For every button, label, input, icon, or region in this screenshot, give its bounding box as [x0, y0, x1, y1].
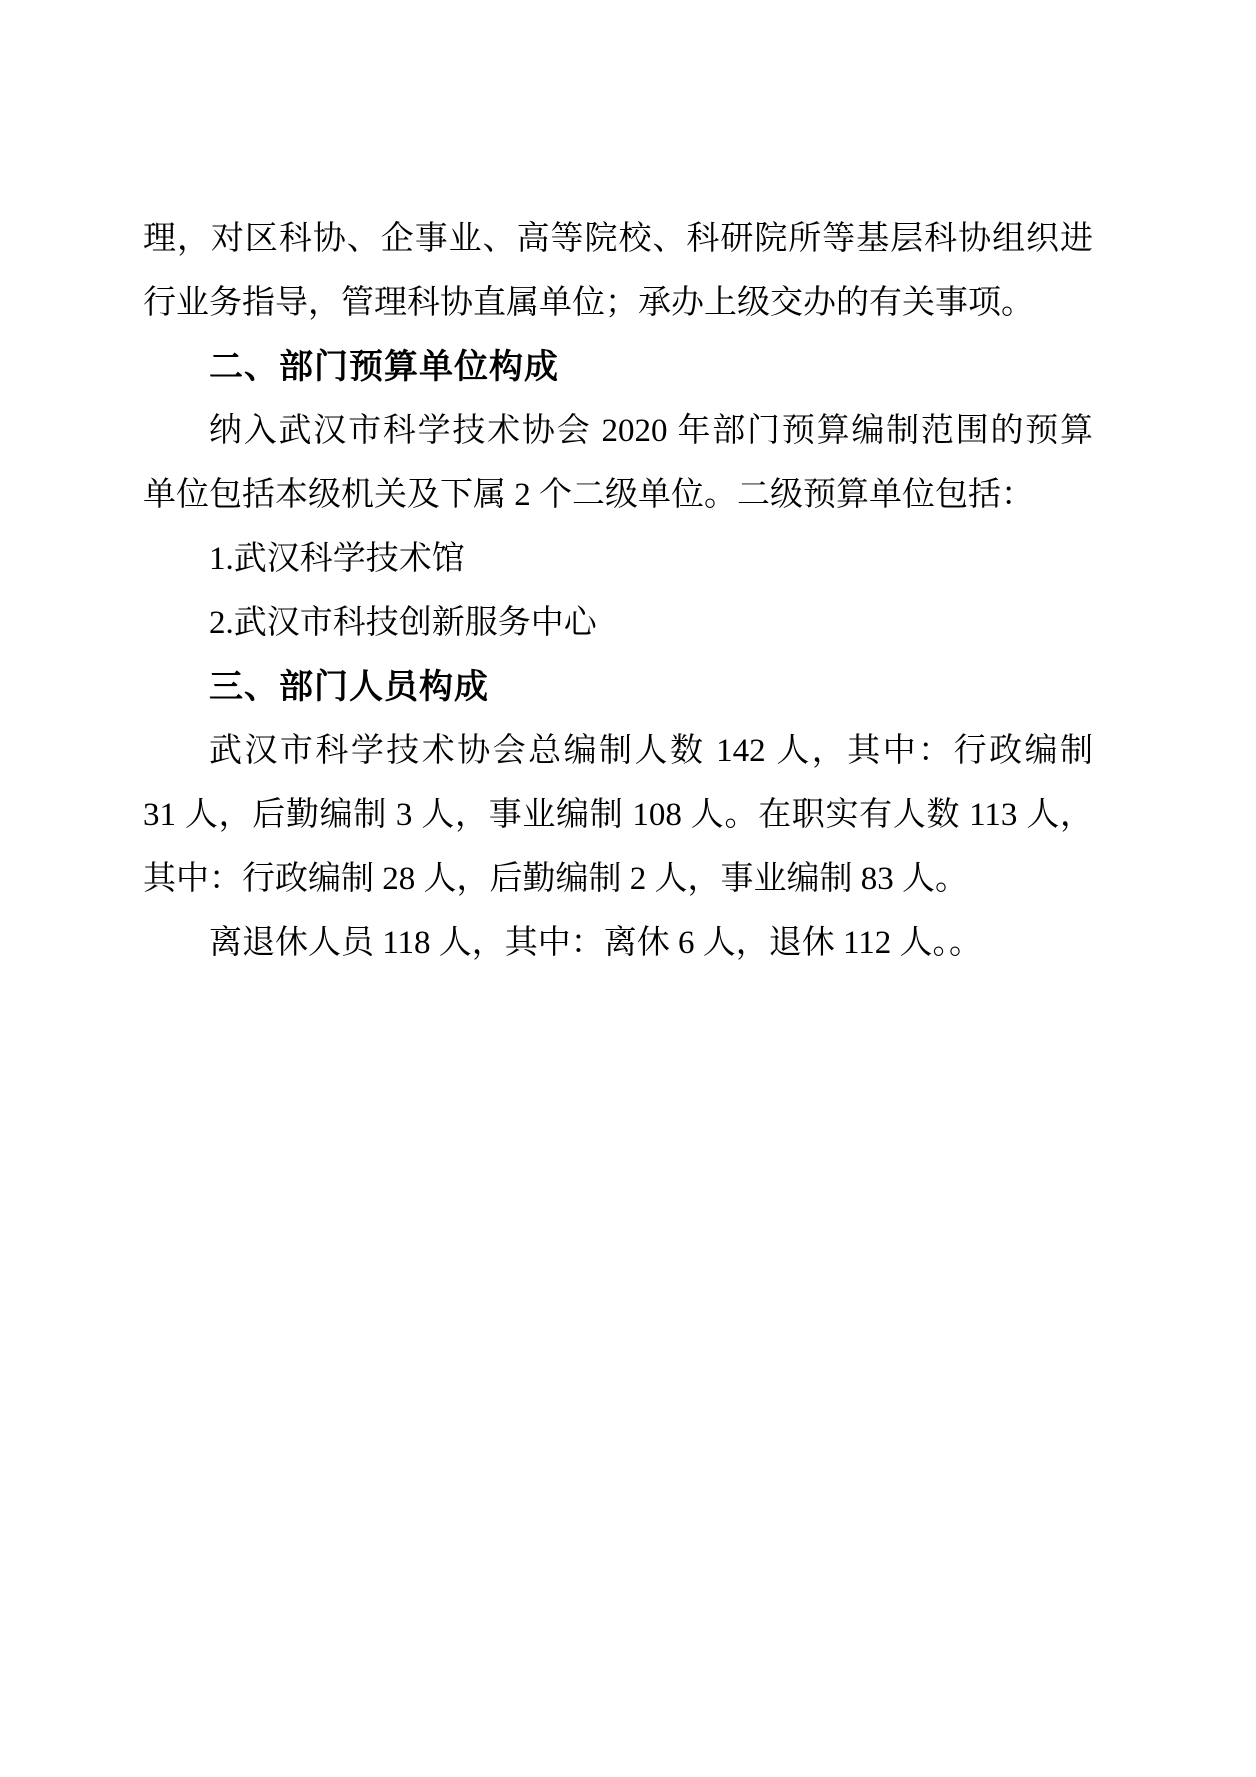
- document-page: 理，对区科协、企事业、高等院校、科研院所等基层科协组织进行业务指导，管理科协直属…: [0, 0, 1256, 1777]
- section-heading: 二、部门预算单位构成: [143, 335, 1093, 399]
- document-text-block: 理，对区科协、企事业、高等院校、科研院所等基层科协组织进行业务指导，管理科协直属…: [143, 207, 1093, 975]
- section-heading: 三、部门人员构成: [143, 655, 1093, 719]
- text-line: 1.武汉科学技术馆: [143, 527, 1093, 591]
- text-line: 纳入武汉市科学技术协会 2020 年部门预算编制范围的预算: [143, 399, 1093, 463]
- text-line: 31 人，后勤编制 3 人，事业编制 108 人。在职实有人数 113 人，: [143, 783, 1093, 847]
- text-line: 其中：行政编制 28 人，后勤编制 2 人，事业编制 83 人。: [143, 847, 1093, 911]
- text-line: 2.武汉市科技创新服务中心: [143, 591, 1093, 655]
- text-line: 离退休人员 118 人，其中：离休 6 人，退休 112 人。。: [143, 911, 1093, 975]
- text-line: 武汉市科学技术协会总编制人数 142 人，其中：行政编制: [143, 719, 1093, 783]
- text-line: 行业务指导，管理科协直属单位；承办上级交办的有关事项。: [143, 271, 1093, 335]
- text-line: 单位包括本级机关及下属 2 个二级单位。二级预算单位包括：: [143, 463, 1093, 527]
- text-line: 理，对区科协、企事业、高等院校、科研院所等基层科协组织进: [143, 207, 1093, 271]
